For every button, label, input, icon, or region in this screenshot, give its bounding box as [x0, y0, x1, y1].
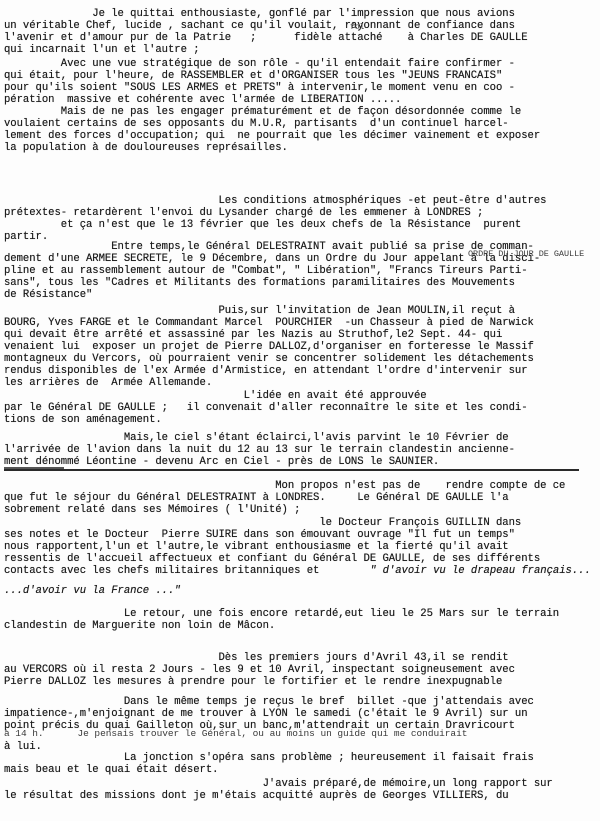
text-line: tions de son aménagement. [4, 414, 162, 426]
text-line: Les conditions atmosphériques -et peut-ê… [4, 195, 546, 207]
scanned-typewritten-page: Je le quittai enthousiaste, gonflé par l… [0, 0, 600, 821]
text-line: venaient lui exposer un projet de Pierre… [4, 341, 534, 353]
text-line: que fut le séjour du Général DELESTRAINT… [4, 492, 509, 504]
quote-line: ...d'avoir vu la France ..." [4, 585, 181, 597]
text-line: Dans le même temps je reçus le bref bill… [4, 696, 534, 708]
text-line: Entre temps,le Général DELESTRAINT avait… [4, 241, 534, 253]
text-line: Je le quittai enthousiaste, gonflé par l… [4, 8, 515, 20]
text-line: qui incarnait l'un et l'autre ; [4, 44, 200, 56]
text-line: pour qu'ils soient "SOUS LES ARMES et PR… [4, 82, 515, 94]
text-line: Mais de ne pas les engager prématurément… [4, 106, 521, 118]
text-line: la population à de douloureuses représai… [4, 142, 288, 154]
text-line: J'avais préparé,de mémoire,un long rappo… [4, 778, 553, 790]
text-line: impatience-,m'enjoignant de me trouver à… [4, 708, 528, 720]
text-line: l'arrivée de l'avion dans la nuit du 12 … [4, 444, 515, 456]
text-line: mais beau et le quai était désert. [4, 764, 218, 776]
text-line: Mais,le ciel s'étant éclairci,l'avis par… [4, 432, 509, 444]
text-line: un véritable Chef, lucide , sachant ce q… [4, 20, 515, 32]
quote-line: " d'avoir vu le drapeau français... [370, 565, 591, 577]
text-line: clandestin de Marguerite non loin de Mâc… [4, 620, 275, 632]
text-line: rendus disponibles de l'ex Armée d'Armis… [4, 365, 528, 377]
text-line: les arrières de Armée Allemande. [4, 377, 212, 389]
handwritten-annotation: fol [350, 22, 364, 34]
text-line: le résultat des missions dont je m'étais… [4, 790, 509, 802]
text-line: ressentis de l'accueil affectueux et con… [4, 553, 540, 565]
text-line: montagneux du Vercors, où pourraient ven… [4, 353, 534, 365]
text-line: BOURG, Yves FARGE et le Commandant Marce… [4, 317, 534, 329]
text-line: L'idée en avait été approuvée [4, 390, 427, 402]
text-line: Puis,sur l'invitation de Jean MOULIN,il … [4, 305, 515, 317]
text-line: sobrement relaté dans ses Mémoires ( l'U… [4, 504, 300, 516]
text-line: au VERCORS où il resta 2 Jours - les 9 e… [4, 664, 515, 676]
text-line: Dès les premiers jours d'Avril 43,il se … [4, 652, 509, 664]
text-line: contacts avec les chefs militaires brita… [4, 565, 319, 577]
text-line: Avec une vue stratégique de son rôle - q… [4, 58, 515, 70]
text-line: qui devait être arrêté et assassiné par … [4, 329, 502, 341]
text-line: pline et au rassemblement autour de "Com… [4, 265, 528, 277]
text-line: voulaient certains de ses opposants du M… [4, 118, 509, 130]
text-line: prétextes- retardèrent l'envoi du Lysand… [4, 207, 483, 219]
text-line: le Docteur François GUILLIN dans [4, 517, 521, 529]
text-line: Pierre DALLOZ les mesures à prendre pour… [4, 676, 502, 688]
text-line: l'avenir et d'amour pur de la Patrie ; f… [4, 32, 528, 44]
text-line: sans", tous les "Cadres et Militants des… [4, 277, 515, 289]
text-line: Mon propos n'est pas de rendre compte de… [4, 480, 565, 492]
text-line: nous rapportent,l'un et l'autre,le vibra… [4, 541, 509, 553]
overprinted-stamp: ORDRE DU JOUR DE GAULLE [468, 248, 584, 260]
horizontal-rule [4, 469, 579, 471]
text-line: lement des forces d'occupation; qui ne p… [4, 130, 540, 142]
text-line: de Résistance" [4, 289, 92, 301]
text-line: ses notes et le Docteur Pierre SUIRE dan… [4, 529, 515, 541]
text-line: qui était, pour l'heure, de RASSEMBLER e… [4, 70, 502, 82]
text-line: ment dénommé Léontine - devenu Arc en Ci… [4, 456, 439, 468]
text-line: dement d'une ARMEE SECRETE, le 9 Décembr… [4, 253, 540, 265]
overprinted-line: à 14 h. Je pensais trouver le Général, o… [4, 728, 467, 740]
text-line: par le Général DE GAULLE ; il convenait … [4, 402, 528, 414]
text-line: pération massive et cohérente avec l'arm… [4, 94, 401, 106]
text-line: et ça n'est que le 13 février que les de… [4, 219, 521, 231]
text-line: Le retour, une fois encore retardé,eut l… [4, 608, 559, 620]
text-line: La jonction s'opéra sans problème ; heur… [4, 752, 534, 764]
